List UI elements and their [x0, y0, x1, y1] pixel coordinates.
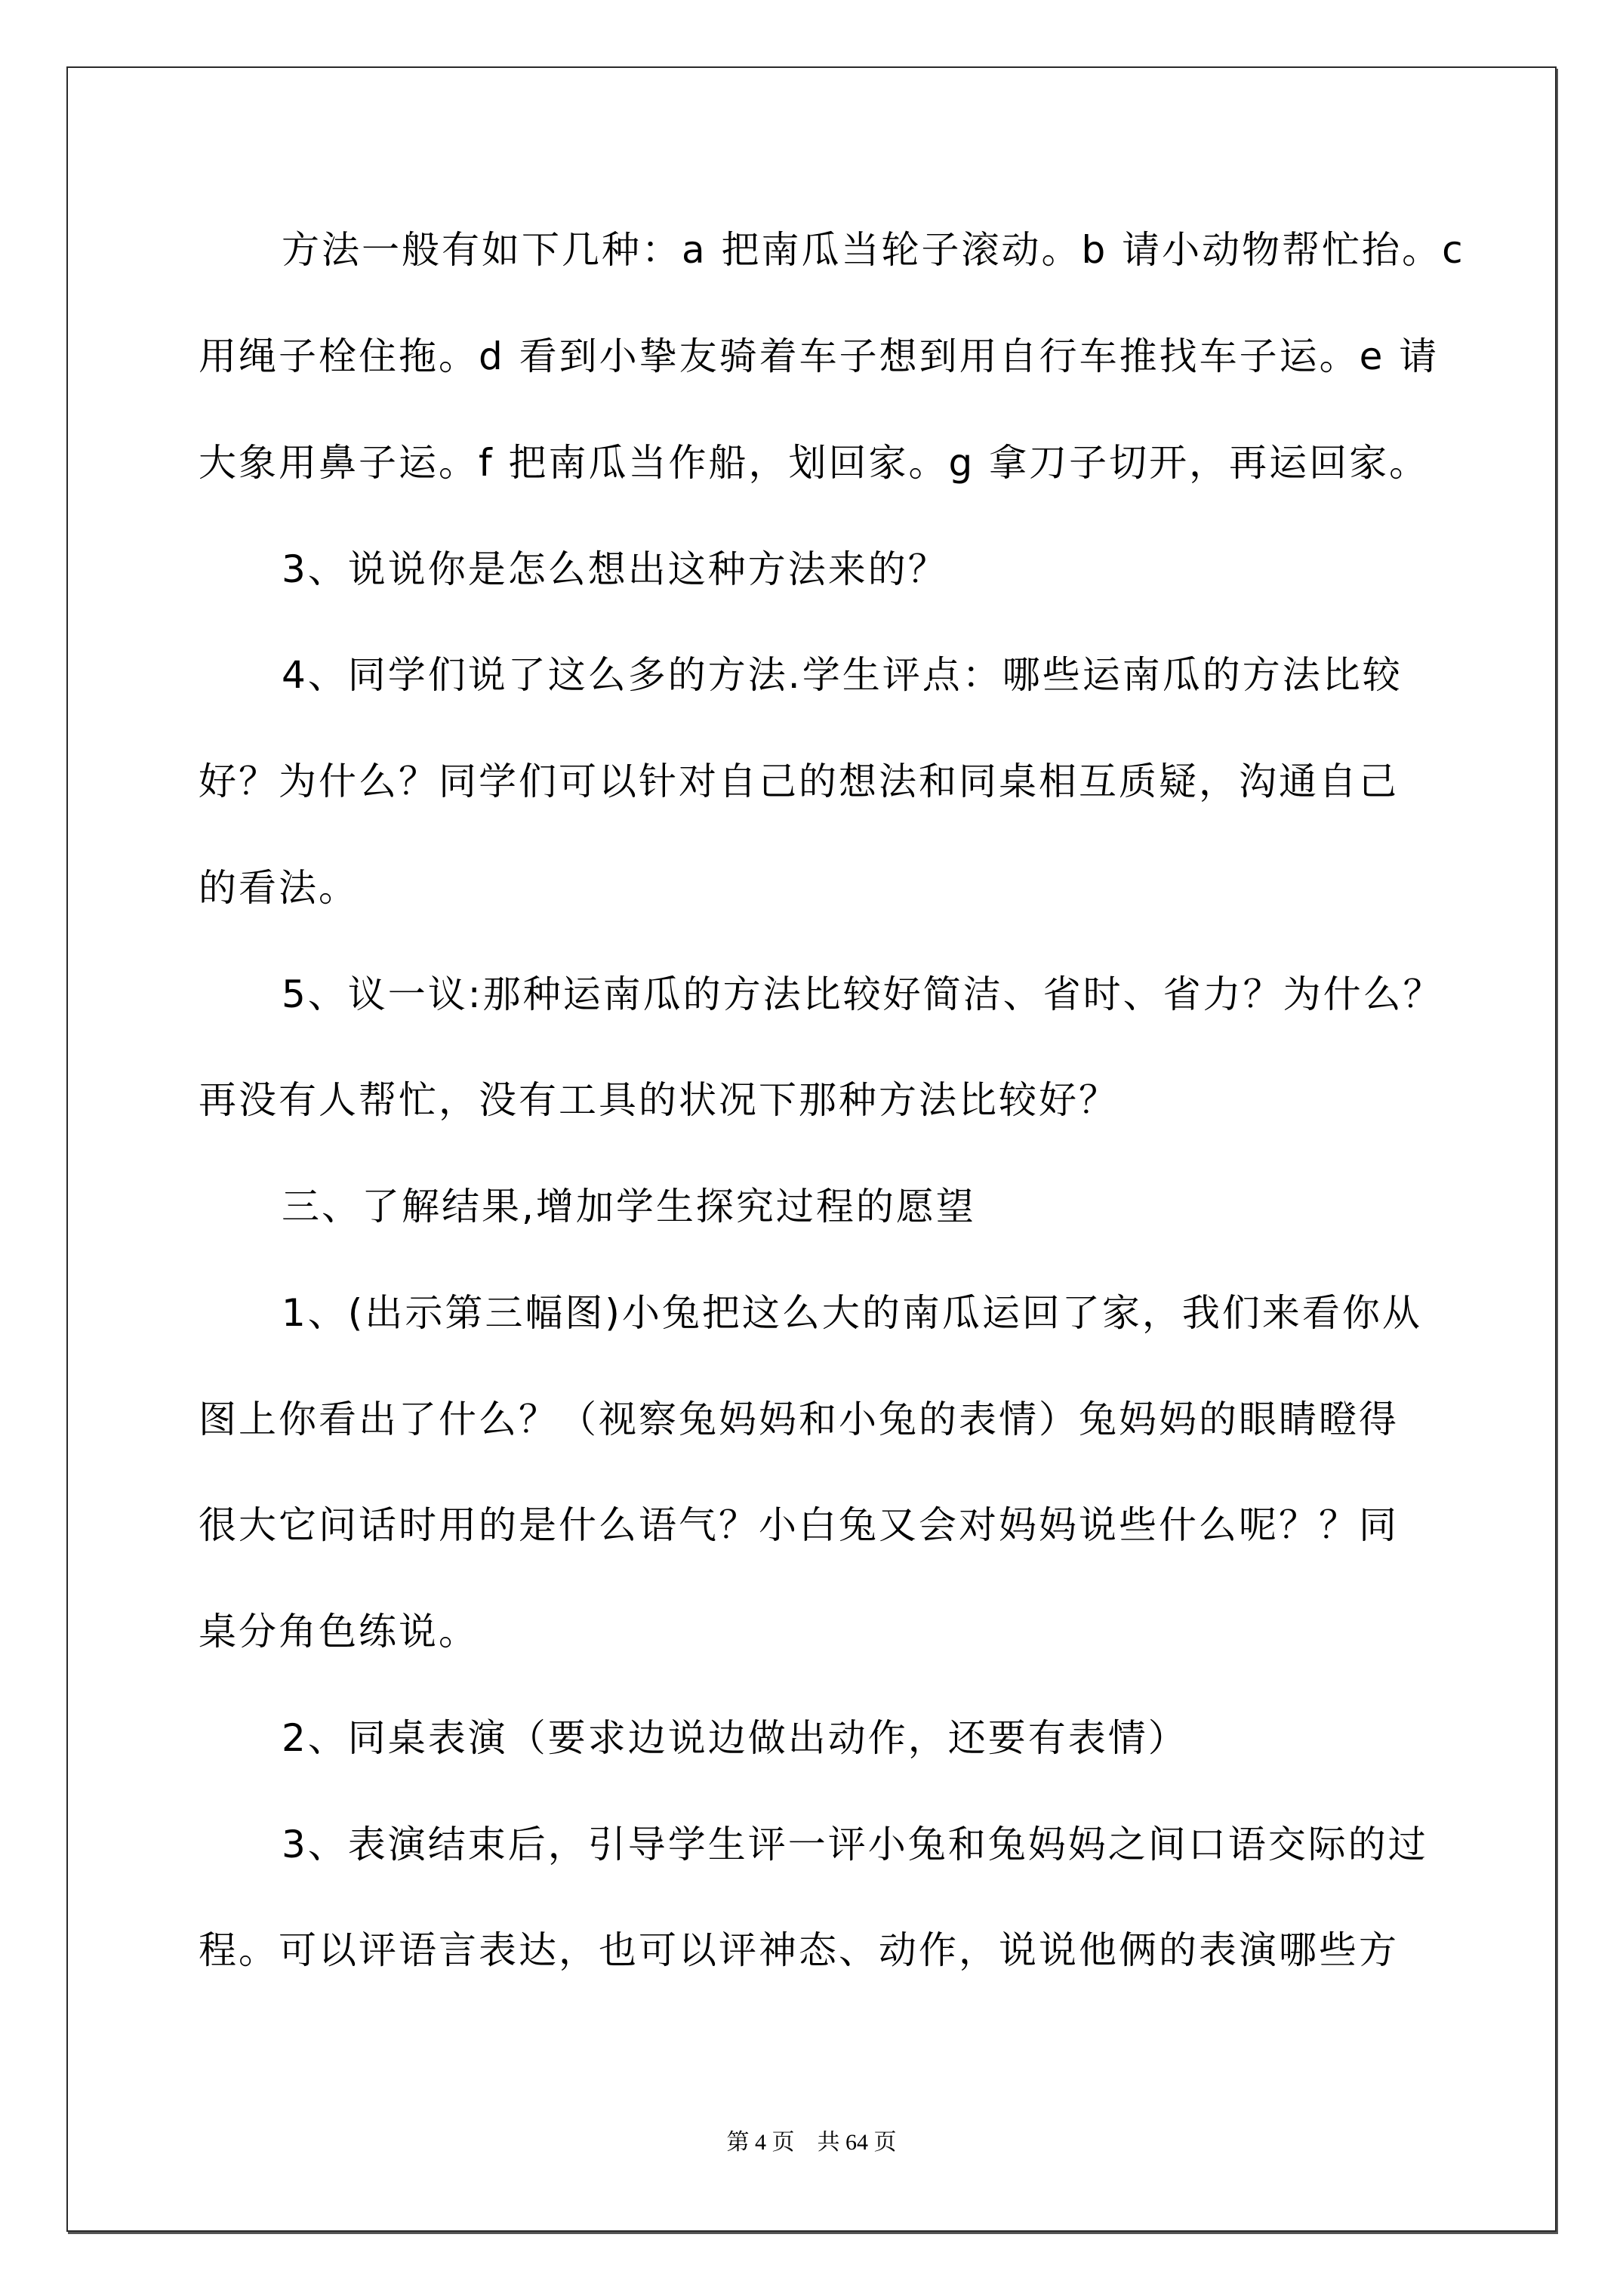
- paragraph-line: 1、(出示第三幅图)小兔把这么大的南瓜运回了家，我们来看你从: [282, 1292, 1422, 1334]
- paragraph-line: 的看法。: [199, 867, 359, 909]
- section-heading: 三、了解结果,增加学生探究过程的愿望: [282, 1185, 976, 1228]
- paragraph-line: 方法一般有如下几种：a 把南瓜当轮子滚动。b 请小动物帮忙抬。c: [282, 229, 1465, 271]
- paragraph-line: 桌分角色练说。: [199, 1610, 479, 1653]
- paragraph-line: 很大它问话时用的是什么语气？小白兔又会对妈妈说些什么呢？？同: [199, 1504, 1399, 1546]
- paragraph-line: 再没有人帮忙，没有工具的状况下那种方法比较好？: [199, 1079, 1119, 1121]
- paragraph-line: 4、同学们说了这么多的方法.学生评点：哪些运南瓜的方法比较: [282, 654, 1403, 696]
- document-page: [66, 66, 1557, 2232]
- paragraph-line: 图上你看出了什么？（视察兔妈妈和小兔的表情）兔妈妈的眼睛瞪得: [199, 1398, 1399, 1441]
- paragraph-line: 3、说说你是怎么想出这种方法来的？: [282, 548, 948, 590]
- page-number-footer: 第 4 页 共 64 页: [0, 2128, 1623, 2158]
- paragraph-line: 2、同桌表演（要求边说边做出动作，还要有表情）: [282, 1717, 1188, 1759]
- paragraph-line: 程。可以评语言表达，也可以评神态、动作，说说他俩的表演哪些方: [199, 1929, 1399, 1971]
- paragraph-line: 用绳子栓住拖。d 看到小挚友骑着车子想到用自行车推找车子运。e 请: [199, 335, 1439, 378]
- paragraph-line: 3、表演结束后，引导学生评一评小兔和兔妈妈之间口语交际的过: [282, 1823, 1428, 1866]
- paragraph-line: 5、议一议:那种运南瓜的方法比较好简洁、省时、省力？为什么？: [282, 973, 1443, 1015]
- paragraph-line: 大象用鼻子运。f 把南瓜当作船，划回家。g 拿刀子切开，再运回家。: [199, 442, 1429, 484]
- paragraph-line: 好？为什么？同学们可以针对自己的想法和同桌相互质疑，沟通自己: [199, 760, 1399, 803]
